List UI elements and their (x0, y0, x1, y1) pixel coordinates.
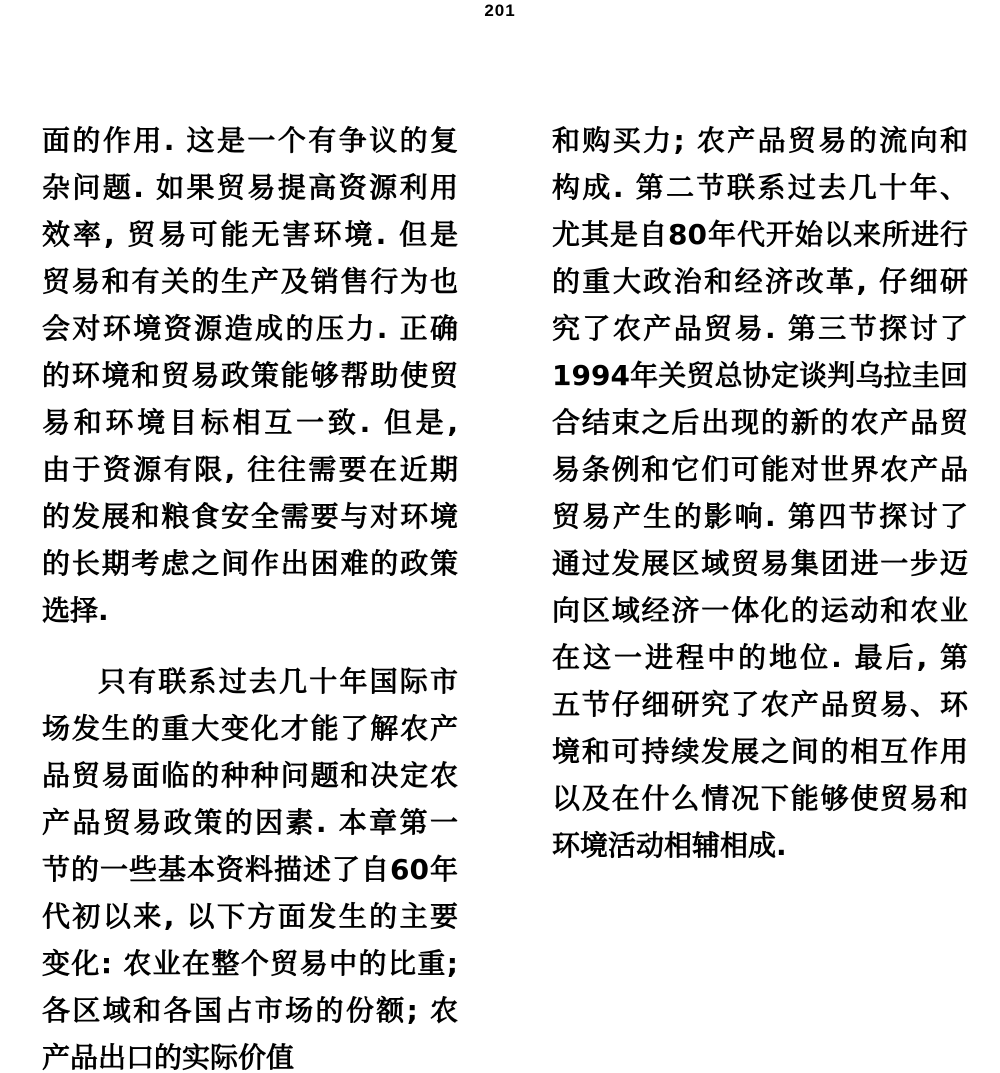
two-column-layout: 面的作用. 这是一个有争议的复杂问题. 如果贸易提高资源利用效率, 贸易可能无害… (42, 117, 1000, 1073)
text-line: 贸易产生的影响. 第四节探讨了 (552, 493, 968, 540)
paragraph: 面的作用. 这是一个有争议的复杂问题. 如果贸易提高资源利用效率, 贸易可能无害… (42, 117, 458, 634)
text-line: 效率, 贸易可能无害环境. 但是 (42, 211, 458, 258)
paragraph: 只有联系过去几十年国际市场发生的重大变化才能了解农产品贸易面临的种种问题和决定农… (42, 658, 458, 1073)
text-line: 1994年关贸总协定谈判乌拉圭回 (552, 352, 968, 399)
text-line: 产品贸易政策的因素. 本章第一 (42, 799, 458, 846)
text-line: 杂问题. 如果贸易提高资源利用 (42, 164, 458, 211)
text-line: 代初以来, 以下方面发生的主要 (42, 893, 458, 940)
text-line: 以及在什么情况下能够使贸易和 (552, 775, 968, 822)
text-line: 向区域经济一体化的运动和农业 (552, 587, 968, 634)
text-line: 的长期考虑之间作出困难的政策 (42, 540, 458, 587)
text-line: 选择. (42, 587, 458, 634)
text-line: 场发生的重大变化才能了解农产 (42, 705, 458, 752)
text-line: 在这一进程中的地位. 最后, 第 (552, 634, 968, 681)
text-line: 通过发展区域贸易集团进一步迈 (552, 540, 968, 587)
text-line: 变化: 农业在整个贸易中的比重; (42, 940, 458, 987)
text-line: 会对环境资源造成的压力. 正确 (42, 305, 458, 352)
right-column: 和购买力; 农产品贸易的流向和构成. 第二节联系过去几十年、尤其是自80年代开始… (552, 117, 968, 1073)
text-line: 的环境和贸易政策能够帮助使贸 (42, 352, 458, 399)
text-line: 尤其是自80年代开始以来所进行 (552, 211, 968, 258)
text-line: 易条例和它们可能对世界农产品 (552, 446, 968, 493)
text-line: 的发展和粮食安全需要与对环境 (42, 493, 458, 540)
text-line: 贸易和有关的生产及销售行为也 (42, 258, 458, 305)
text-line: 境和可持续发展之间的相互作用 (552, 728, 968, 775)
text-line: 和购买力; 农产品贸易的流向和 (552, 117, 968, 164)
text-line: 五节仔细研究了农产品贸易、环 (552, 681, 968, 728)
text-line: 构成. 第二节联系过去几十年、 (552, 164, 968, 211)
text-line: 节的一些基本资料描述了自60年 (42, 846, 458, 893)
document-page: 201 面的作用. 这是一个有争议的复杂问题. 如果贸易提高资源利用效率, 贸易… (0, 0, 1000, 1073)
text-line: 环境活动相辅相成. (552, 822, 968, 869)
text-line: 只有联系过去几十年国际市 (42, 658, 458, 705)
text-line: 的重大政治和经济改革, 仔细研 (552, 258, 968, 305)
left-column: 面的作用. 这是一个有争议的复杂问题. 如果贸易提高资源利用效率, 贸易可能无害… (42, 117, 458, 1073)
text-line: 合结束之后出现的新的农产品贸 (552, 399, 968, 446)
text-line: 产品出口的实际价值 (42, 1034, 458, 1073)
page-number: 201 (0, 0, 1000, 21)
text-line: 易和环境目标相互一致. 但是, (42, 399, 458, 446)
text-line: 各区域和各国占市场的份额; 农 (42, 987, 458, 1034)
text-line: 由于资源有限, 往往需要在近期 (42, 446, 458, 493)
text-line: 究了农产品贸易. 第三节探讨了 (552, 305, 968, 352)
text-line: 面的作用. 这是一个有争议的复 (42, 117, 458, 164)
text-line: 品贸易面临的种种问题和决定农 (42, 752, 458, 799)
paragraph: 和购买力; 农产品贸易的流向和构成. 第二节联系过去几十年、尤其是自80年代开始… (552, 117, 968, 869)
